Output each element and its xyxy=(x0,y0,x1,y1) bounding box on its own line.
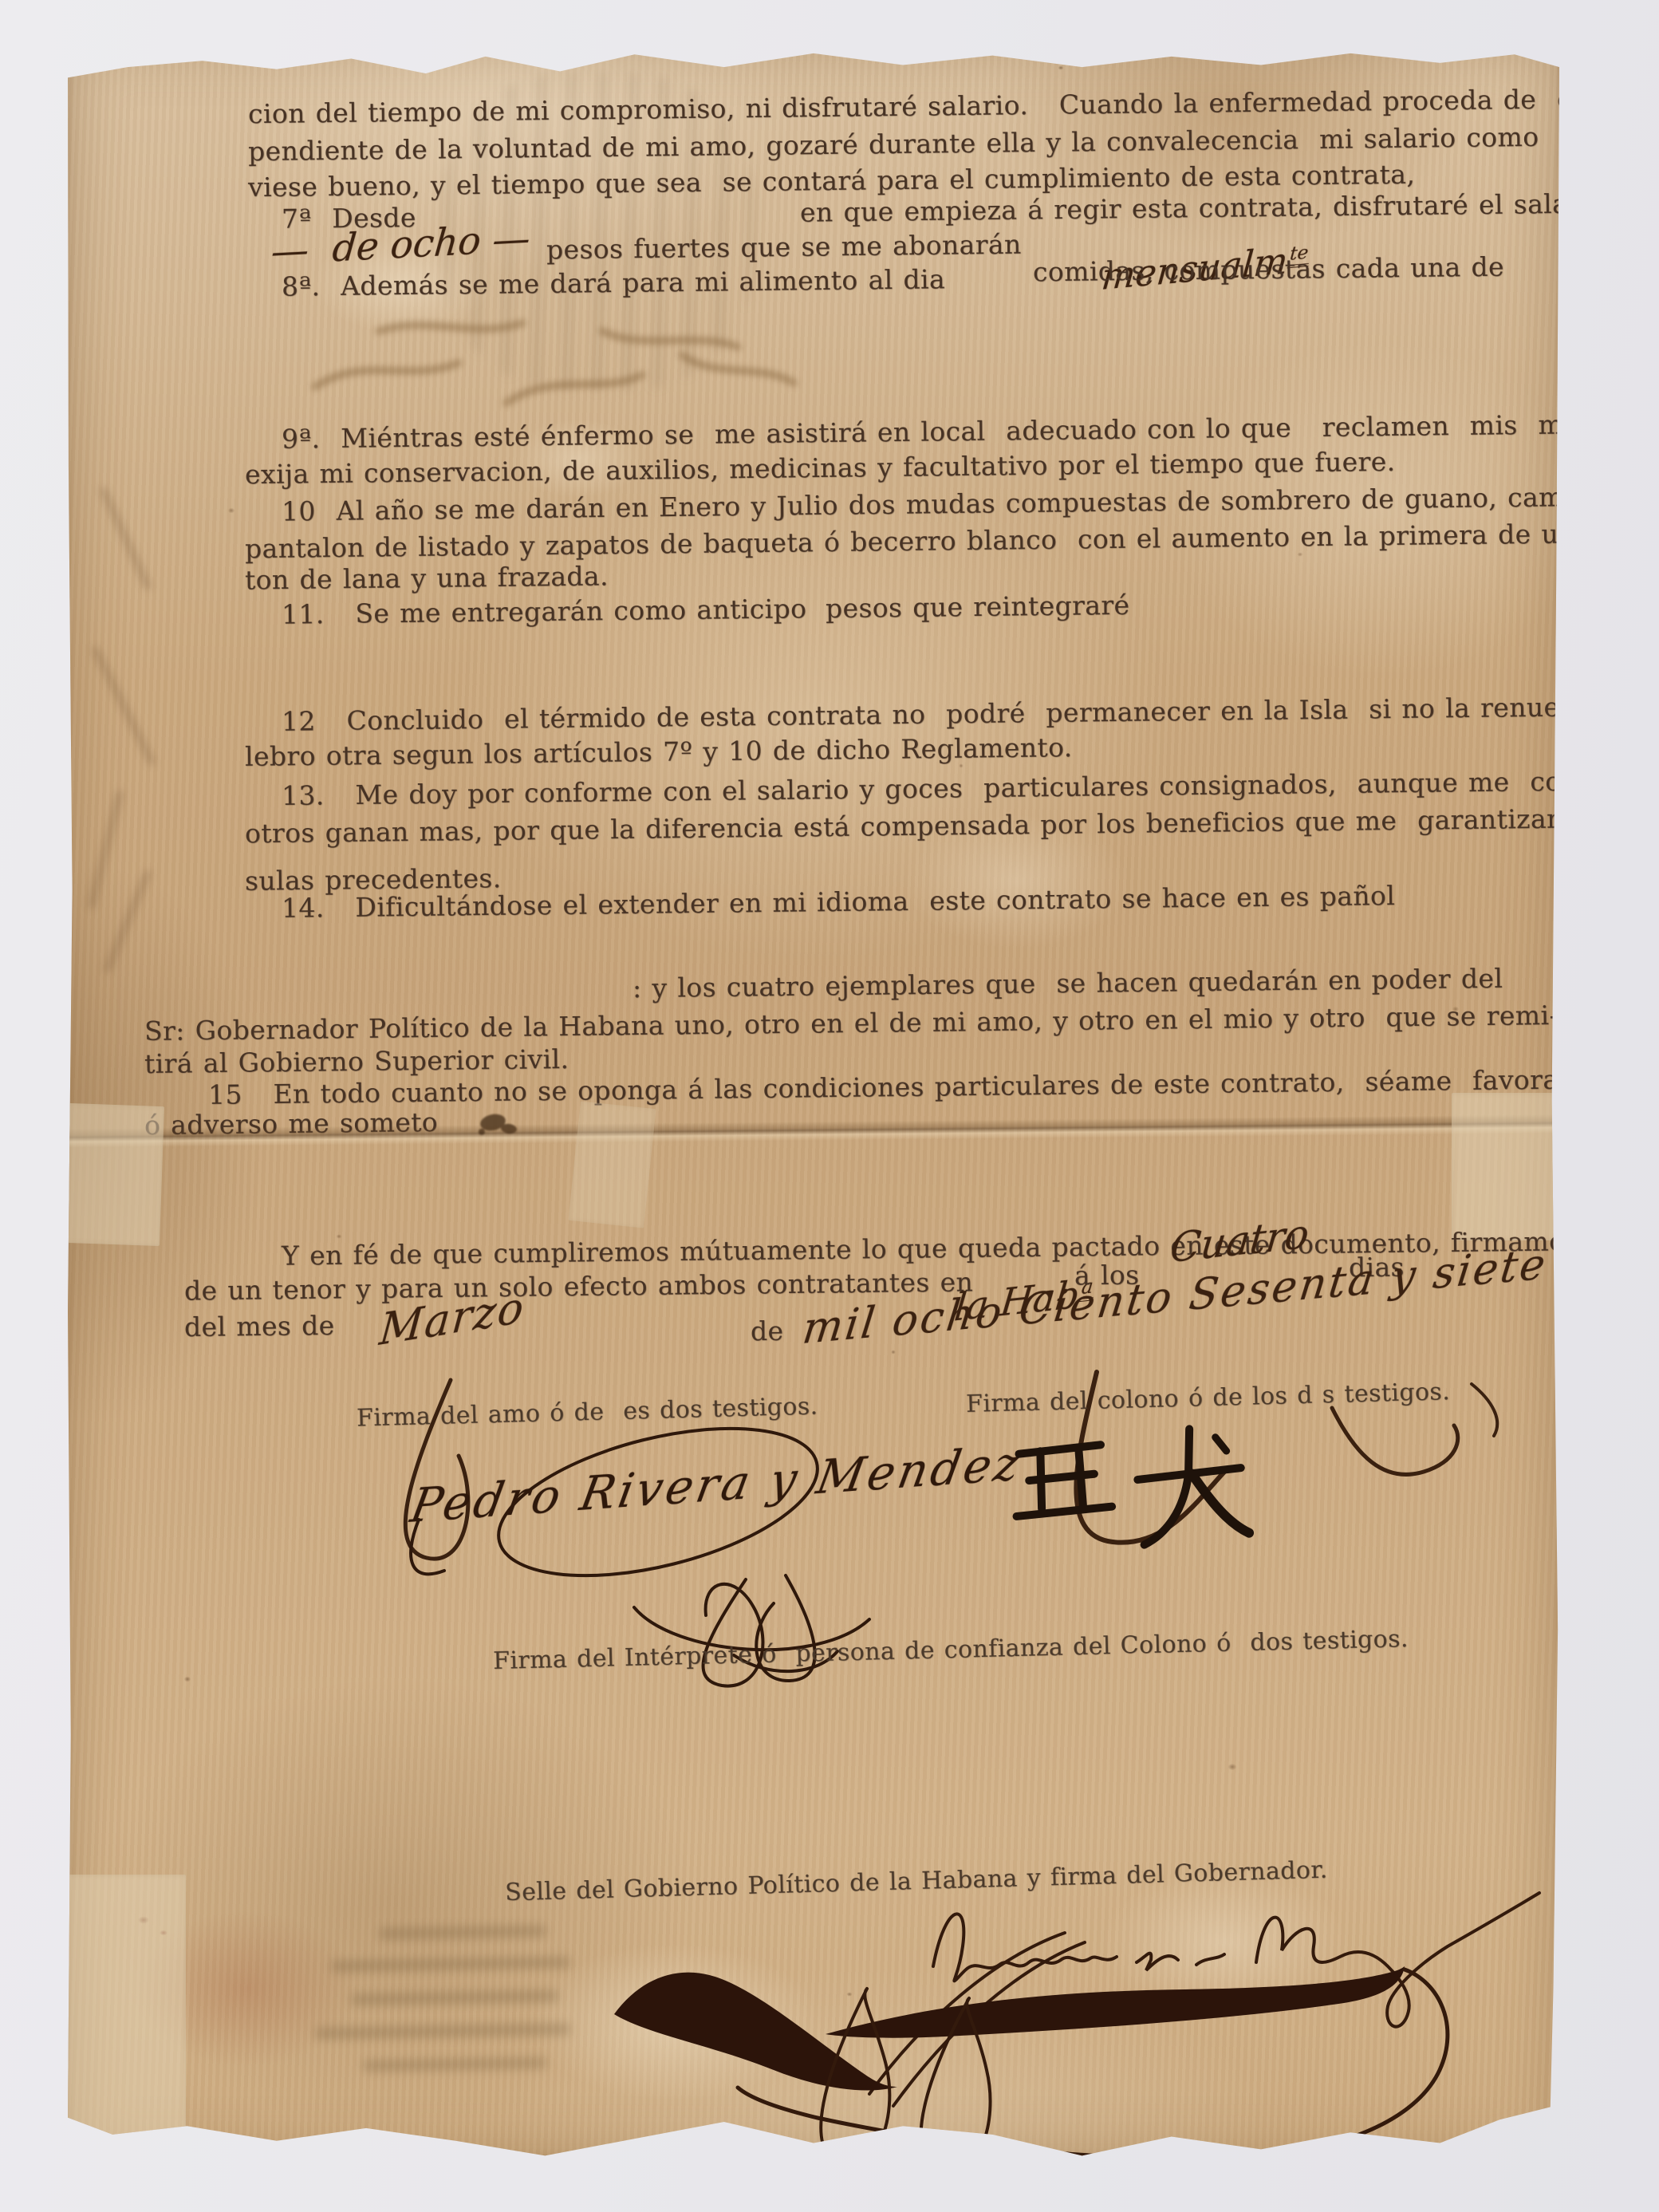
tape-patch-bottom-left xyxy=(66,1875,186,2142)
clause14b-line2: Sr: Gobernador Político de la Habana uno… xyxy=(144,1000,1559,1047)
bleedthrough-strokes-left xyxy=(72,459,255,985)
clause14b-line3: tirá al Gobierno Superior civil. xyxy=(144,1043,569,1079)
closing-delmes: del mes de xyxy=(184,1310,335,1343)
clause11-rest: pesos que reintegraré xyxy=(826,589,1130,624)
clause12-line1: 12 Concluido el térmido de esta contrata… xyxy=(282,690,1659,737)
clause8-text: 8ª. Además se me dará para mi alimento a… xyxy=(282,263,945,302)
closing-de: de xyxy=(751,1315,784,1347)
photo-background: cion del tiempo de mi compromiso, ni dis… xyxy=(0,0,1659,2212)
clause12-line2: lebro otra segun los artículos 7º y 10 d… xyxy=(245,731,1073,772)
clause8-rest: comidas, compuestas cada una de xyxy=(1033,251,1504,288)
contract-paper: cion del tiempo de mi compromiso, ni dis… xyxy=(68,44,1559,2158)
clause11-text: 11. Se me entregarán como anticipo xyxy=(282,593,807,629)
clause14b-line1: : y los cuatro ejemplares que se hacen q… xyxy=(632,963,1503,1003)
tape-patch-right xyxy=(1452,1093,1559,1240)
colono-chinese-signature xyxy=(1006,1411,1268,1568)
tape-patch-left xyxy=(64,1103,164,1246)
clause10-line3: ton de lana y una frazada. xyxy=(245,560,609,595)
tape-patch-middle xyxy=(568,1101,656,1228)
clause7-line2: pesos fuertes que se me abonarán xyxy=(546,229,1022,266)
